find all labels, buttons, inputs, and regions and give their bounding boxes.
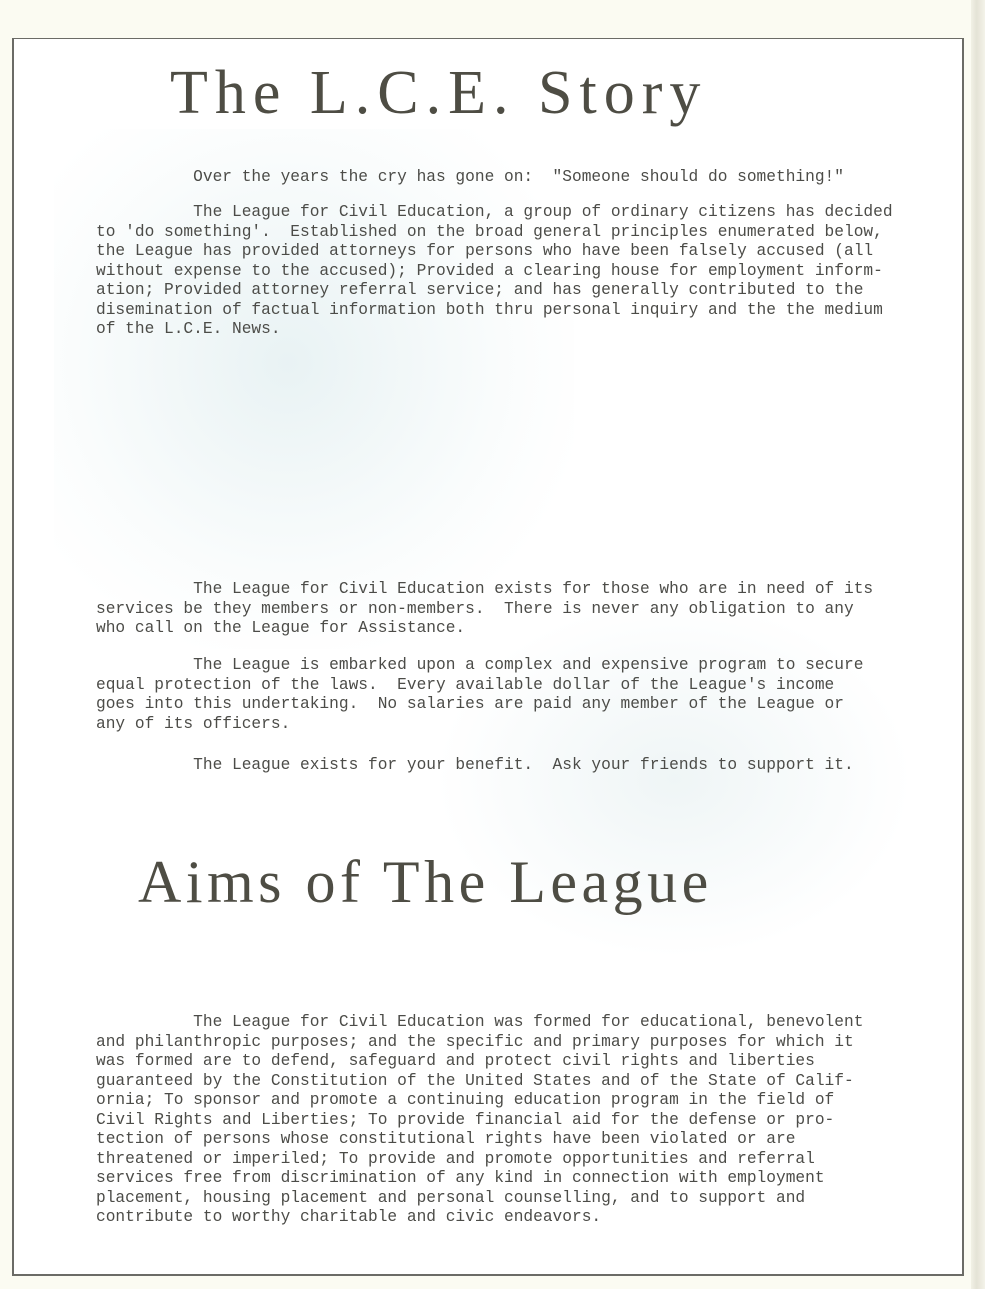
- paragraph-league-exists: The League for Civil Education exists fo…: [96, 580, 896, 639]
- paragraph-league-services: The League for Civil Education, a group …: [96, 203, 896, 340]
- section-title-aims-of-the-league: Aims of The League: [138, 848, 713, 917]
- section-title-lce-story: The L.C.E. Story: [170, 58, 707, 129]
- page-edge-shadow: [971, 0, 985, 1289]
- paragraph-aims: The League for Civil Education was forme…: [96, 1013, 896, 1228]
- paragraph-league-program: The League is embarked upon a complex an…: [96, 656, 896, 734]
- paragraph-intro-quote: Over the years the cry has gone on: "Som…: [96, 168, 896, 188]
- paragraph-league-benefit: The League exists for your benefit. Ask …: [96, 756, 896, 776]
